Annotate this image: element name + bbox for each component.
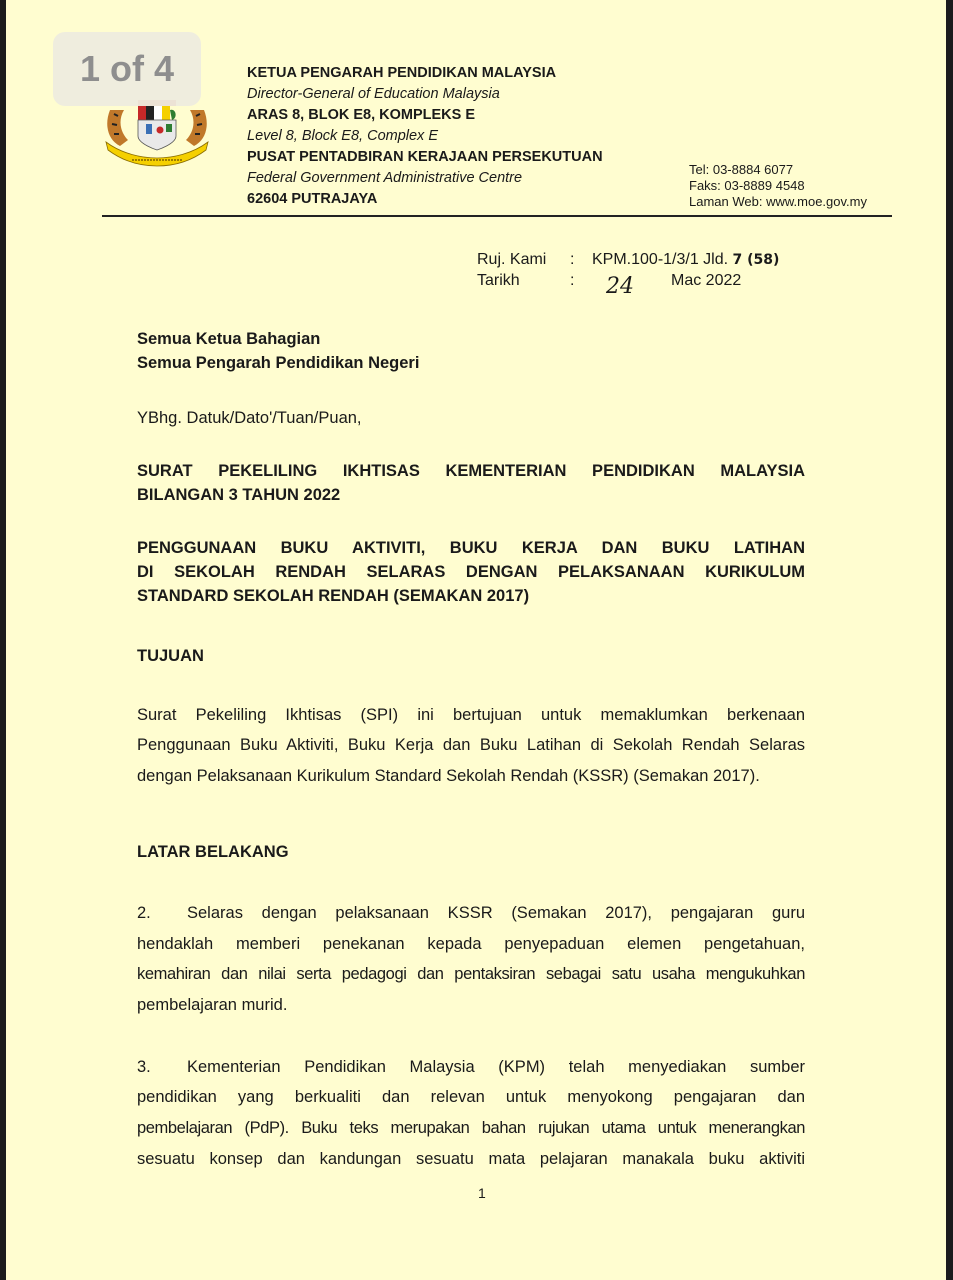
para3-line: Kementerian Pendidikan Malaysia (KPM) te… [187, 1058, 805, 1077]
ref-value: KPM.100-1/3/1 Jld. 7 (58) [592, 249, 779, 271]
letterhead-address: KETUA PENGARAH PENDIDIKAN MALAYSIA Direc… [247, 63, 603, 210]
letterhead-line: 62604 PUTRAJAYA [247, 189, 603, 210]
ref-number: KPM.100-1/3/1 Jld. [592, 251, 728, 268]
subject-line: STANDARD SEKOLAH RENDAH (SEMAKAN 2017) [137, 587, 529, 606]
paragraph-number: 3. [137, 1058, 151, 1077]
contact-web: Laman Web: www.moe.gov.my [689, 194, 867, 210]
document-page: 1 of 4 KETUA PENGARAH PENDIDIKAN MALAYSI… [6, 0, 946, 1280]
contact-tel: Tel: 03-8884 6077 [689, 162, 867, 178]
para2-line: hendaklah memberi penekanan kepada penye… [137, 935, 805, 954]
circular-title-line: SURAT PEKELILING IKHTISAS KEMENTERIAN PE… [137, 462, 805, 481]
para2-line: Selaras dengan pelaksanaan KSSR (Semakan… [187, 904, 805, 923]
date-label: Tarikh [477, 270, 520, 291]
letterhead-line: Level 8, Block E8, Complex E [247, 126, 603, 147]
salutation: YBhg. Datuk/Dato'/Tuan/Puan, [137, 409, 362, 428]
page-number: 1 [478, 1185, 486, 1201]
circular-title-line: BILANGAN 3 TAHUN 2022 [137, 486, 340, 505]
para3-line: pendidikan yang berkualiti dan relevan u… [137, 1088, 805, 1107]
letterhead-line: ARAS 8, BLOK E8, KOMPLEKS E [247, 105, 603, 126]
section-heading-latar-belakang: LATAR BELAKANG [137, 843, 289, 862]
letterhead-line: Federal Government Administrative Centre [247, 168, 603, 189]
date-separator: : [570, 270, 574, 291]
ref-handwritten: 7 (58) [733, 252, 780, 268]
letterhead-line: Director-General of Education Malaysia [247, 84, 603, 105]
paragraph-number: 2. [137, 904, 151, 923]
recipient: Semua Pengarah Pendidikan Negeri [137, 354, 419, 373]
ref-label: Ruj. Kami [477, 249, 546, 270]
letterhead-divider [102, 215, 892, 217]
page-indicator: 1 of 4 [53, 32, 201, 106]
contact-fax: Faks: 03-8889 4548 [689, 178, 867, 194]
para3-line: pembelajaran (PdP). Buku teks merupakan … [137, 1119, 805, 1138]
recipient: Semua Ketua Bahagian [137, 330, 320, 349]
letterhead-line: KETUA PENGARAH PENDIDIKAN MALAYSIA [247, 63, 603, 84]
page-indicator-text: 1 of 4 [80, 48, 174, 90]
date-day-handwritten: 24 [606, 274, 634, 299]
letterhead-contact: Tel: 03-8884 6077 Faks: 03-8889 4548 Lam… [689, 162, 867, 210]
subject-line: PENGGUNAAN BUKU AKTIVITI, BUKU KERJA DAN… [137, 539, 805, 558]
tujuan-line: dengan Pelaksanaan Kurikulum Standard Se… [137, 767, 760, 786]
para2-line: pembelajaran murid. [137, 996, 287, 1015]
letterhead-line: PUSAT PENTADBIRAN KERAJAAN PERSEKUTUAN [247, 147, 603, 168]
tujuan-line: Penggunaan Buku Aktiviti, Buku Kerja dan… [137, 736, 805, 755]
para2-line: kemahiran dan nilai serta pedagogi dan p… [137, 965, 805, 984]
subject-line: DI SEKOLAH RENDAH SELARAS DENGAN PELAKSA… [137, 563, 805, 582]
date-value: Mac 2022 [671, 270, 741, 291]
tujuan-line: Surat Pekeliling Ikhtisas (SPI) ini bert… [137, 706, 805, 725]
para3-line: sesuatu konsep dan kandungan sesuatu mat… [137, 1150, 805, 1169]
ref-separator: : [570, 249, 574, 270]
section-heading-tujuan: TUJUAN [137, 647, 204, 666]
